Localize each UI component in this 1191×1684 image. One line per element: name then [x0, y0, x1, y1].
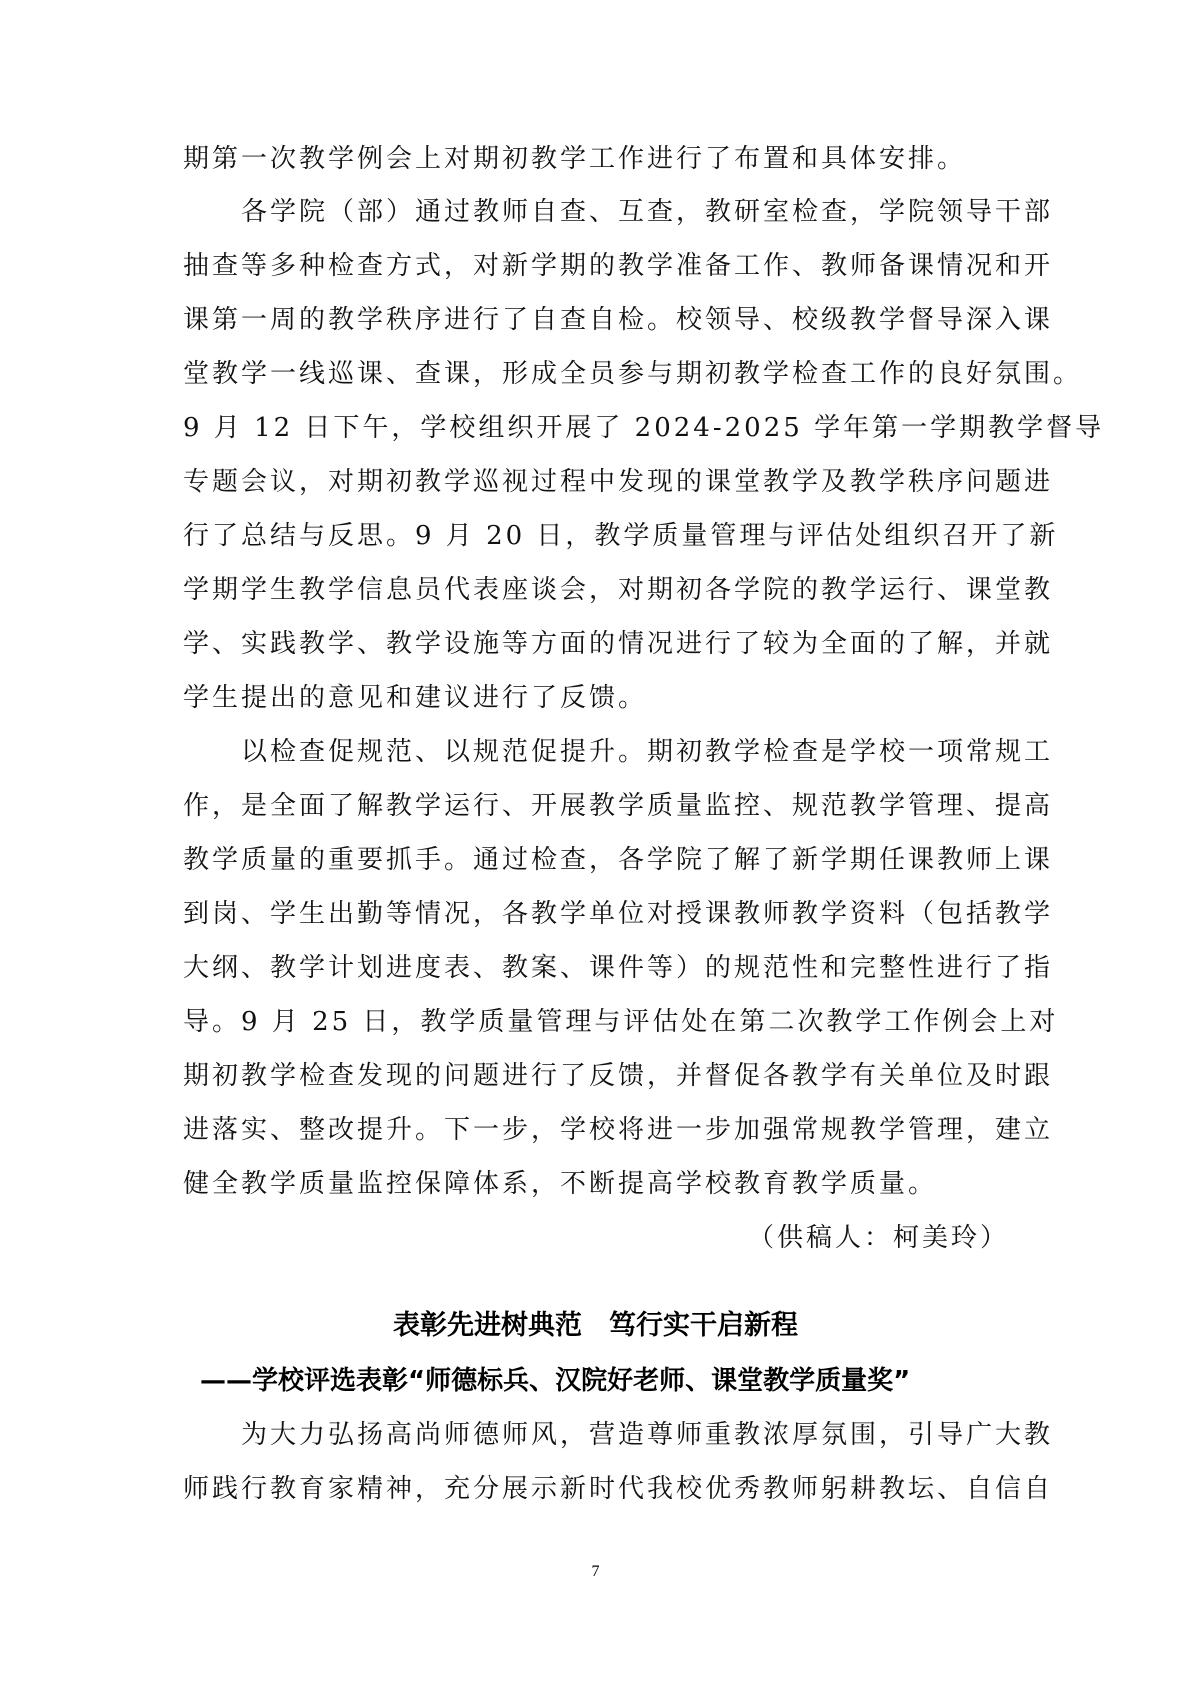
paragraph-line: 导。9 月 25 日，教学质量管理与评估处在第二次教学工作例会上对: [183, 1002, 1009, 1042]
paragraph-line: 期初教学检查发现的问题进行了反馈，并督促各教学有关单位及时跟: [183, 1056, 1009, 1096]
paragraph-line: 学生提出的意见和建议进行了反馈。: [183, 678, 1009, 718]
paragraph-line: 教学质量的重要抓手。通过检查，各学院了解了新学期任课教师上课: [183, 840, 1009, 880]
paragraph-line: 9 月 12 日下午，学校组织开展了 2024-2025 学年第一学期教学督导: [183, 408, 1009, 448]
paragraph-line: 为大力弘扬高尚师德师风，营造尊师重教浓厚氛围，引导广大教: [241, 1415, 1009, 1455]
paragraph-line: 堂教学一线巡课、查课，形成全员参与期初教学检查工作的良好氛围。: [183, 354, 1009, 394]
paragraph-line: 抽查等多种检查方式，对新学期的教学准备工作、教师备课情况和开: [183, 246, 1009, 286]
paragraph-line: 各学院（部）通过教师自查、互查，教研室检查，学院领导干部: [241, 192, 1009, 232]
document-page: 期第一次教学例会上对期初教学工作进行了布置和具体安排。 各学院（部）通过教师自查…: [0, 0, 1191, 1684]
paragraph-line: 专题会议，对期初教学巡视过程中发现的课堂教学及教学秩序问题进: [183, 462, 1009, 502]
paragraph-line: 师践行教育家精神，充分展示新时代我校优秀教师躬耕教坛、自信自: [183, 1469, 1009, 1509]
article-subtitle: ——学校评选表彰“师德标兵、汉院好老师、课堂教学质量奖”: [200, 1361, 1010, 1401]
paragraph-line: 作，是全面了解教学运行、开展教学质量监控、规范教学管理、提高: [183, 786, 1009, 826]
paragraph-line: 大纲、教学计划进度表、教案、课件等）的规范性和完整性进行了指: [183, 948, 1009, 988]
paragraph-line: 学期学生教学信息员代表座谈会，对期初各学院的教学运行、课堂教: [183, 570, 1009, 610]
paragraph-line: 进落实、整改提升。下一步，学校将进一步加强常规教学管理，建立: [183, 1110, 1009, 1150]
paragraph-line: 学、实践教学、教学设施等方面的情况进行了较为全面的了解，并就: [183, 624, 1009, 664]
paragraph-line: 以检查促规范、以规范促提升。期初教学检查是学校一项常规工: [241, 732, 1009, 772]
paragraph-line: 健全教学质量监控保障体系，不断提高学校教育教学质量。: [183, 1164, 1009, 1204]
page-number: 7: [0, 1562, 1191, 1582]
paragraph-line: 行了总结与反思。9 月 20 日，教学质量管理与评估处组织召开了新: [183, 516, 1009, 556]
paragraph-line: 课第一周的教学秩序进行了自查自检。校领导、校级教学督导深入课: [183, 300, 1009, 340]
contributor-byline: （供稿人：柯美玲）: [748, 1218, 1009, 1258]
article-title: 表彰先进树典范 笃行实干启新程: [0, 1306, 1191, 1346]
paragraph-line: 期第一次教学例会上对期初教学工作进行了布置和具体安排。: [183, 139, 1009, 179]
paragraph-line: 到岗、学生出勤等情况，各教学单位对授课教师教学资料（包括教学: [183, 894, 1009, 934]
